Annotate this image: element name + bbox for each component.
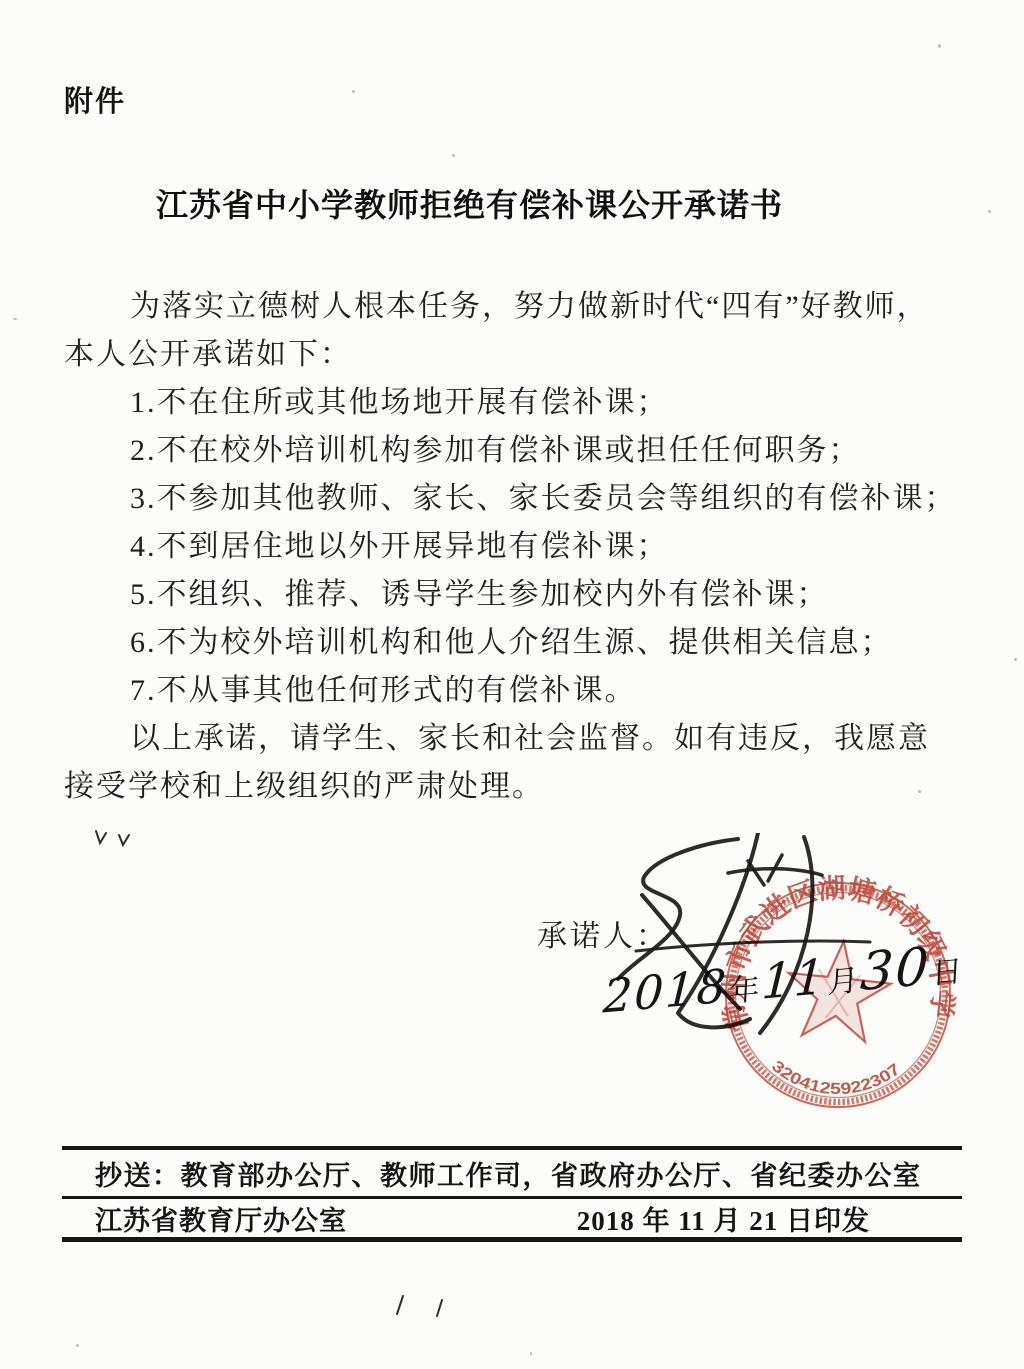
footer-bottom-rule	[62, 1237, 962, 1242]
promise-item: 7.不从事其他任何形式的有偿补课。	[64, 667, 966, 715]
issuer-office: 江苏省教育厅办公室	[95, 1199, 347, 1238]
date-year: 2018	[602, 958, 729, 1023]
issuer-row: 江苏省教育厅办公室 2018 年 11 月 21 日印发	[62, 1199, 962, 1237]
document-title: 江苏省中小学教师拒绝有偿补课公开承诺书	[156, 180, 783, 226]
date-month-unit: 月	[827, 955, 859, 1002]
scan-speck	[76, 1344, 79, 1347]
scan-speck	[938, 44, 941, 48]
date-month: 11	[760, 949, 828, 1011]
intro-line: 为落实立德树人根本任务，努力做新时代“四有”好教师，	[64, 283, 966, 331]
document-footer: 抄送：教育部办公厅、教师工作司，省政府办公厅、省纪委办公室 江苏省教育厅办公室 …	[62, 1146, 962, 1242]
scan-speck	[13, 318, 17, 320]
scan-speck	[988, 210, 991, 213]
scanned-document: { "doc": { "attachment_label": "附件", "ti…	[0, 0, 1024, 1369]
scan-speck	[452, 154, 455, 157]
promise-item: 3.不参加其他教师、家长、家长委员会等组织的有偿补课；	[64, 475, 966, 523]
pen-check-marks	[92, 828, 138, 852]
promise-item: 5.不组织、推荐、诱导学生参加校内外有偿补课；	[64, 571, 966, 619]
document-body: 为落实立德树人根本任务，努力做新时代“四有”好教师， 本人公开承诺如下： 1.不…	[64, 283, 966, 811]
promise-item: 1.不在住所或其他场地开展有偿补课；	[64, 379, 966, 427]
print-date: 2018 年 11 月 21 日印发	[577, 1199, 870, 1238]
date-day: 30	[859, 937, 932, 1004]
cc-line: 抄送：教育部办公厅、教师工作司，省政府办公厅、省纪委办公室	[62, 1156, 962, 1196]
footer-top-rule	[62, 1146, 962, 1150]
scan-speck	[918, 790, 921, 793]
scan-speck	[352, 90, 355, 93]
promise-item: 2.不在校外培训机构参加有偿补课或担任任何职务；	[64, 427, 966, 475]
intro-line: 本人公开承诺如下：	[64, 331, 966, 379]
pen-slash-marks	[385, 1292, 455, 1320]
closing-line: 接受学校和上级组织的严肃处理。	[64, 763, 966, 811]
date-day-unit: 日	[931, 946, 963, 993]
closing-line: 以上承诺，请学生、家长和社会监督。如有违反，我愿意	[64, 715, 966, 763]
attachment-label: 附件	[64, 79, 126, 120]
promise-item: 6.不为校外培训机构和他人介绍生源、提供相关信息；	[64, 619, 966, 667]
scan-speck	[530, 1352, 532, 1355]
scan-speck	[1014, 658, 1017, 661]
promise-item: 4.不到居住地以外开展异地有偿补课；	[64, 523, 966, 571]
date-year-unit: 年	[728, 964, 760, 1011]
